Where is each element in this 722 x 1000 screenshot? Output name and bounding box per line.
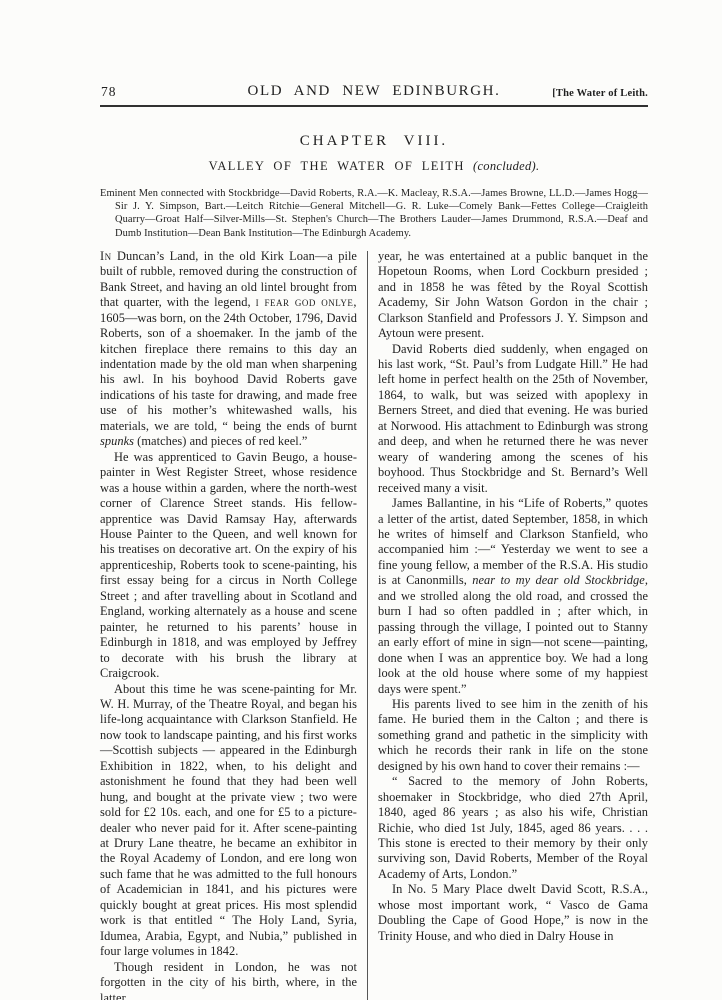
chapter-subtitle: VALLEY OF THE WATER OF LEITH (concluded)… xyxy=(100,159,648,174)
page-number: 78 xyxy=(101,84,117,100)
text-segment: “ Sacred to the memory of John Roberts, … xyxy=(378,774,648,881)
running-title: OLD AND NEW EDINBURGH. xyxy=(248,83,501,99)
body-paragraph: year, he was entertained at a public ban… xyxy=(378,249,648,342)
text-segment: Though resident in London, he was not fo… xyxy=(100,960,357,1000)
text-segment: 1605—was born, on the 24th October, 1796… xyxy=(100,311,357,433)
book-page: 78 OLD AND NEW EDINBURGH. [The Water of … xyxy=(0,0,722,1000)
header-rule xyxy=(100,105,648,107)
text-segment: His parents lived to see him in the zeni… xyxy=(378,697,648,773)
text-segment: spunks xyxy=(100,434,134,448)
body-paragraph: He was apprenticed to Gavin Beugo, a hou… xyxy=(100,450,357,682)
body-paragraph: About this time he was scene-painting fo… xyxy=(100,682,357,960)
text-segment: About this time he was scene-painting fo… xyxy=(100,682,357,959)
text-segment: In No. 5 Mary Place dwelt David Scott, R… xyxy=(378,882,648,942)
body-paragraph: James Ballantine, in his “Life of Robert… xyxy=(378,496,648,697)
text-segment: In xyxy=(100,249,112,263)
text-segment: year, he was entertained at a public ban… xyxy=(378,249,648,340)
text-segment: near to my dear old Stockbridge, xyxy=(472,573,648,587)
text-segment: David Roberts died suddenly, when engage… xyxy=(378,342,648,495)
text-segment: and we strolled along the old road, and … xyxy=(378,589,648,696)
body-paragraph: In No. 5 Mary Place dwelt David Scott, R… xyxy=(378,882,648,944)
body-paragraph: His parents lived to see him in the zeni… xyxy=(378,697,648,774)
page-content: 78 OLD AND NEW EDINBURGH. [The Water of … xyxy=(100,82,648,1000)
body-paragraph: Though resident in London, he was not fo… xyxy=(100,960,357,1000)
chapter-subtitle-concluded: (concluded). xyxy=(473,159,539,173)
chapter-subtitle-text: VALLEY OF THE WATER OF LEITH xyxy=(209,159,465,173)
body-paragraph: “ Sacred to the memory of John Roberts, … xyxy=(378,774,648,882)
column-divider-rule xyxy=(367,251,368,1000)
text-segment: (matches) and pieces of red keel.” xyxy=(134,434,307,448)
page-header: 78 OLD AND NEW EDINBURGH. [The Water of … xyxy=(100,82,648,100)
left-column: In Duncan’s Land, in the old Kirk Loan—a… xyxy=(100,249,357,1000)
body-paragraph: In Duncan’s Land, in the old Kirk Loan—a… xyxy=(100,249,357,450)
text-segment: i fear god onlye, xyxy=(256,295,357,309)
running-note: [The Water of Leith. xyxy=(552,88,648,99)
body-paragraph: David Roberts died suddenly, when engage… xyxy=(378,342,648,497)
text-columns: In Duncan’s Land, in the old Kirk Loan—a… xyxy=(100,249,648,1000)
chapter-synopsis: Eminent Men connected with Stockbridge—D… xyxy=(100,187,648,240)
right-column: year, he was entertained at a public ban… xyxy=(378,249,648,1000)
text-segment: He was apprenticed to Gavin Beugo, a hou… xyxy=(100,450,357,680)
chapter-heading: CHAPTER VIII. xyxy=(100,133,648,150)
